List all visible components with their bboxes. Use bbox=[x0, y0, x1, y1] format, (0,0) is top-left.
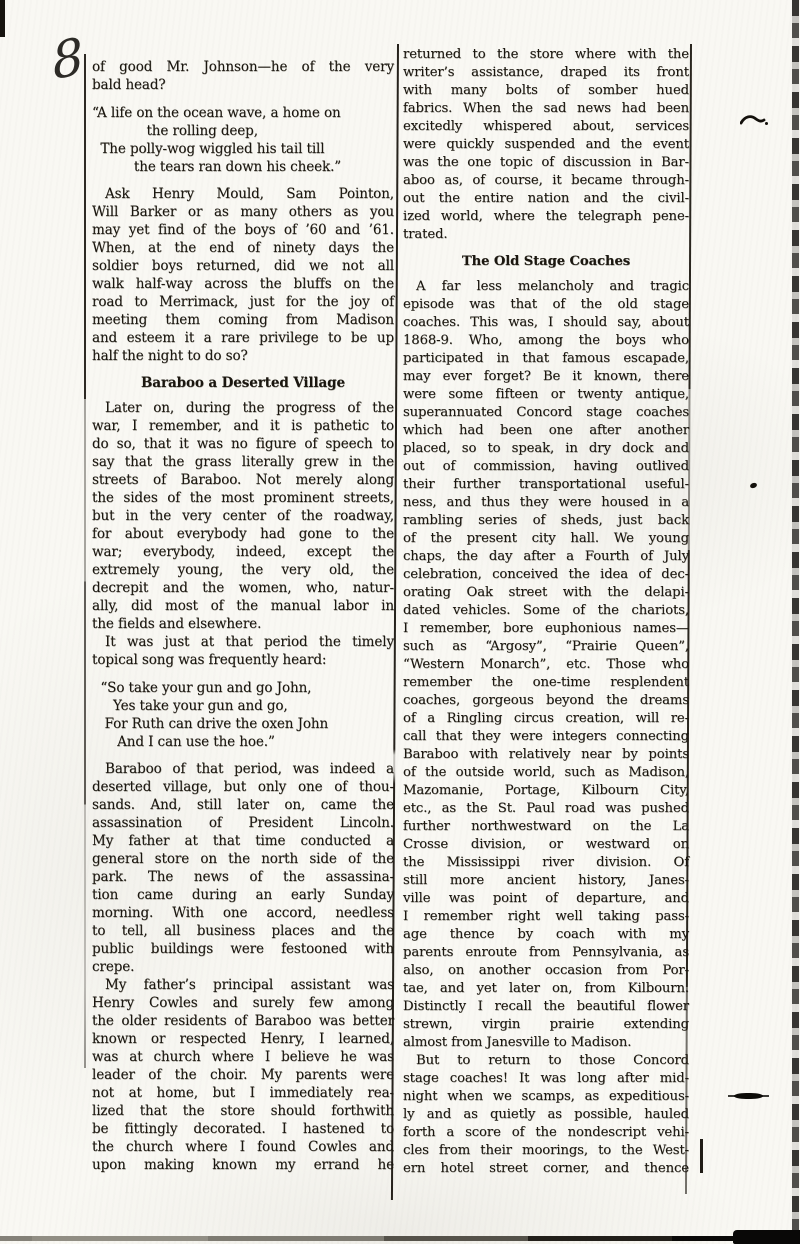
text-line: But to return to those Concord bbox=[403, 1052, 689, 1070]
paragraph: of good Mr. Johnson—he of the verybald h… bbox=[92, 58, 394, 94]
paragraph: It was just at that period the timelytop… bbox=[92, 633, 394, 669]
text-line: their further transportational useful- bbox=[403, 476, 689, 494]
text-line: Ask Henry Mould, Sam Pointon, bbox=[92, 185, 394, 203]
scan-edge-bottom bbox=[0, 1236, 800, 1241]
ink-squiggle-mark bbox=[740, 113, 770, 129]
text-line: Yes take your gun and go, bbox=[92, 697, 394, 715]
text-line: participated in that famous escapade, bbox=[403, 350, 689, 368]
text-line: sands. And, still later on, came the bbox=[92, 796, 394, 814]
text-line: almost from Janesville to Madison. bbox=[403, 1034, 689, 1052]
text-line: A far less melancholy and tragic bbox=[403, 278, 689, 296]
text-line: war, I remember, and it is pathetic to bbox=[92, 417, 394, 435]
text-line: of the present city hall. We young bbox=[403, 530, 689, 548]
text-line: aboo as, of course, it became through- bbox=[403, 172, 689, 190]
text-line: decrepit and the women, who, natur- bbox=[92, 579, 394, 597]
text-line: such as “Argosy”, “Prairie Queen”, bbox=[403, 638, 689, 656]
text-line: stage coaches! It was long after mid- bbox=[403, 1070, 689, 1088]
text-line: celebration, conceived the idea of dec- bbox=[403, 566, 689, 584]
text-line: Henry Cowles and surely few among bbox=[92, 994, 394, 1012]
text-line: topical song was frequently heard: bbox=[92, 651, 394, 669]
text-line: And I can use the hoe.” bbox=[92, 733, 394, 751]
text-line: strewn, virgin prairie extending bbox=[403, 1016, 689, 1034]
text-line: ness, and thus they were housed in a bbox=[403, 494, 689, 512]
paragraph: My father’s principal assistant wasHenry… bbox=[92, 976, 394, 1174]
text-line: Later on, during the progress of the bbox=[92, 399, 394, 417]
section-heading: Baraboo a Deserted Village bbox=[92, 374, 394, 392]
paragraph: A far less melancholy and tragicepisode … bbox=[403, 278, 689, 1052]
text-line: episode was that of the old stage bbox=[403, 296, 689, 314]
paragraph: returned to the store where with thewrit… bbox=[403, 46, 689, 244]
text-line: writer’s assistance, draped its front bbox=[403, 64, 689, 82]
ink-dash-mark bbox=[734, 1093, 763, 1099]
text-line: For Ruth can drive the oxen John bbox=[92, 715, 394, 733]
text-line: My father’s principal assistant was bbox=[92, 976, 394, 994]
text-line: chaps, the day after a Fourth of July bbox=[403, 548, 689, 566]
text-line: be fittingly decorated. I hastened to bbox=[92, 1120, 394, 1138]
text-line: ern hotel street corner, and thence bbox=[403, 1160, 689, 1178]
text-line: placed, so to speak, in dry dock and bbox=[403, 440, 689, 458]
text-line: the tears ran down his cheek.” bbox=[92, 158, 394, 176]
text-line: of good Mr. Johnson—he of the very bbox=[92, 58, 394, 76]
left-column: of good Mr. Johnson—he of the verybald h… bbox=[92, 58, 394, 1174]
text-line: Crosse division, or westward on bbox=[403, 836, 689, 854]
text-line: parents enroute from Pennsylvania, as bbox=[403, 944, 689, 962]
text-line: “Western Monarch”, etc. Those who bbox=[403, 656, 689, 674]
column-rule-left bbox=[84, 54, 86, 1068]
text-line: tae, and yet later on, from Kilbourn. bbox=[403, 980, 689, 998]
text-line: tion came during an early Sunday bbox=[92, 886, 394, 904]
text-line: soldier boys returned, did we not all bbox=[92, 257, 394, 275]
text-line: may yet find of the boys of ’60 and ’61. bbox=[92, 221, 394, 239]
text-line: Baraboo with relatively near by points bbox=[403, 746, 689, 764]
text-line: forth a score of the nondescript vehi- bbox=[403, 1124, 689, 1142]
text-line: park. The news of the assassina- bbox=[92, 868, 394, 886]
text-line: the Mississippi river division. Of bbox=[403, 854, 689, 872]
text-line: The polly-wog wiggled his tail till bbox=[92, 140, 394, 158]
text-line: were some fifteen or twenty antique, bbox=[403, 386, 689, 404]
text-line: It was just at that period the timely bbox=[92, 633, 394, 651]
text-line: returned to the store where with the bbox=[403, 46, 689, 64]
text-line: walk half-way across the bluffs on the bbox=[92, 275, 394, 293]
text-line: leader of the choir. My parents were bbox=[92, 1066, 394, 1084]
text-line: still more ancient history, Janes- bbox=[403, 872, 689, 890]
text-line: general store on the north side of the bbox=[92, 850, 394, 868]
text-line: I remember right well taking pass- bbox=[403, 908, 689, 926]
text-line: say that the grass literally grew in the bbox=[92, 453, 394, 471]
scan-corner-line bbox=[0, 0, 5, 37]
text-line: crepe. bbox=[92, 958, 394, 976]
text-line: the fields and elsewhere. bbox=[92, 615, 394, 633]
scan-edge-right bbox=[792, 0, 799, 1244]
text-line: When, at the end of ninety days the bbox=[92, 239, 394, 257]
text-line: was at church where I believe he was bbox=[92, 1048, 394, 1066]
text-line: ly and as quietly as possible, hauled bbox=[403, 1106, 689, 1124]
text-line: public buildings were festooned with bbox=[92, 940, 394, 958]
verse-block: “So take your gun and go John, Yes take … bbox=[92, 679, 394, 751]
text-line: 1868-9. Who, among the boys who bbox=[403, 332, 689, 350]
paragraph: But to return to those Concordstage coac… bbox=[403, 1052, 689, 1178]
verse-block: “A life on the ocean wave, a home on the… bbox=[92, 104, 394, 176]
text-line: the older residents of Baraboo was bette… bbox=[92, 1012, 394, 1030]
text-line: excitedly whispered about, services bbox=[403, 118, 689, 136]
stray-vertical-mark bbox=[700, 1139, 703, 1173]
right-column: returned to the store where with thewrit… bbox=[403, 46, 689, 1178]
text-line: “A life on the ocean wave, a home on bbox=[92, 104, 394, 122]
text-line: trated. bbox=[403, 226, 689, 244]
handwritten-page-number: 8 bbox=[50, 31, 86, 88]
text-line: deserted village, but only one of thou- bbox=[92, 778, 394, 796]
text-line: meeting them coming from Madison bbox=[92, 311, 394, 329]
paragraph: Baraboo of that period, was indeed adese… bbox=[92, 760, 394, 976]
text-line: war; everybody, indeed, except the bbox=[92, 543, 394, 561]
text-line: coaches, gorgeous beyond the dreams bbox=[403, 692, 689, 710]
text-line: were quickly suspended and the event bbox=[403, 136, 689, 154]
text-line: streets of Baraboo. Not merely along bbox=[92, 471, 394, 489]
text-line: call that they were integers connecting bbox=[403, 728, 689, 746]
text-line: morning. With one accord, needless bbox=[92, 904, 394, 922]
text-line: night when we scamps, as expeditious- bbox=[403, 1088, 689, 1106]
text-line: but in the very center of the roadway, bbox=[92, 507, 394, 525]
scan-edge-bottom-blob bbox=[733, 1230, 800, 1244]
text-line: further northwestward on the La bbox=[403, 818, 689, 836]
text-line: ized world, where the telegraph pene- bbox=[403, 208, 689, 226]
text-line: which had been one after another bbox=[403, 422, 689, 440]
text-line: lized that the store should forthwith bbox=[92, 1102, 394, 1120]
text-line: ally, did most of the manual labor in bbox=[92, 597, 394, 615]
text-line: cles from their moorings, to the West- bbox=[403, 1142, 689, 1160]
text-line: road to Merrimack, just for the joy of bbox=[92, 293, 394, 311]
text-line: half the night to do so? bbox=[92, 347, 394, 365]
text-line: age thence by coach with my bbox=[403, 926, 689, 944]
text-line: Mazomanie, Portage, Kilbourn City, bbox=[403, 782, 689, 800]
text-line: fabrics. When the sad news had been bbox=[403, 100, 689, 118]
text-line: with many bolts of somber hued bbox=[403, 82, 689, 100]
text-line: known or respected Henry, I learned, bbox=[92, 1030, 394, 1048]
text-line: the sides of the most prominent streets, bbox=[92, 489, 394, 507]
text-line: “So take your gun and go John, bbox=[92, 679, 394, 697]
ink-dot-mark bbox=[749, 482, 757, 489]
text-line: extremely young, the very old, the bbox=[92, 561, 394, 579]
text-line: I remember, bore euphonious names— bbox=[403, 620, 689, 638]
text-line: assassination of President Lincoln. bbox=[92, 814, 394, 832]
text-line: Baraboo of that period, was indeed a bbox=[92, 760, 394, 778]
text-line: My father at that time conducted a bbox=[92, 832, 394, 850]
text-line: do so, that it was no figure of speech t… bbox=[92, 435, 394, 453]
text-line: and esteem it a rare privilege to be up bbox=[92, 329, 394, 347]
text-line: also, on another occasion from Por- bbox=[403, 962, 689, 980]
text-line: ville was point of departure, and bbox=[403, 890, 689, 908]
text-line: out of commission, having outlived bbox=[403, 458, 689, 476]
text-line: superannuated Concord stage coaches bbox=[403, 404, 689, 422]
text-line: for about everybody had gone to the bbox=[92, 525, 394, 543]
text-line: etc., as the St. Paul road was pushed bbox=[403, 800, 689, 818]
text-line: was the one topic of discussion in Bar- bbox=[403, 154, 689, 172]
text-line: Will Barker or as many others as you bbox=[92, 203, 394, 221]
text-line: out the entire nation and the civil- bbox=[403, 190, 689, 208]
text-line: remember the one-time resplendent bbox=[403, 674, 689, 692]
section-heading: The Old Stage Coaches bbox=[403, 253, 689, 271]
text-line: rambling series of sheds, just back bbox=[403, 512, 689, 530]
text-line: upon making known my errand he bbox=[92, 1156, 394, 1174]
text-line: bald head? bbox=[92, 76, 394, 94]
text-line: to tell, all business places and the bbox=[92, 922, 394, 940]
text-line: Distinctly I recall the beautiful flower bbox=[403, 998, 689, 1016]
paragraph: Ask Henry Mould, Sam Pointon,Will Barker… bbox=[92, 185, 394, 365]
text-line: the rolling deep, bbox=[92, 122, 394, 140]
paragraph: Later on, during the progress of thewar,… bbox=[92, 399, 394, 633]
text-line: orating Oak street with the delapi- bbox=[403, 584, 689, 602]
text-line: dated vehicles. Some of the chariots, bbox=[403, 602, 689, 620]
text-line: not at home, but I immediately rea- bbox=[92, 1084, 394, 1102]
text-line: coaches. This was, I should say, about bbox=[403, 314, 689, 332]
text-line: of the outside world, such as Madison, bbox=[403, 764, 689, 782]
text-line: of a Ringling circus creation, will re- bbox=[403, 710, 689, 728]
text-line: may ever forget? Be it known, there bbox=[403, 368, 689, 386]
text-line: the church where I found Cowles and bbox=[92, 1138, 394, 1156]
